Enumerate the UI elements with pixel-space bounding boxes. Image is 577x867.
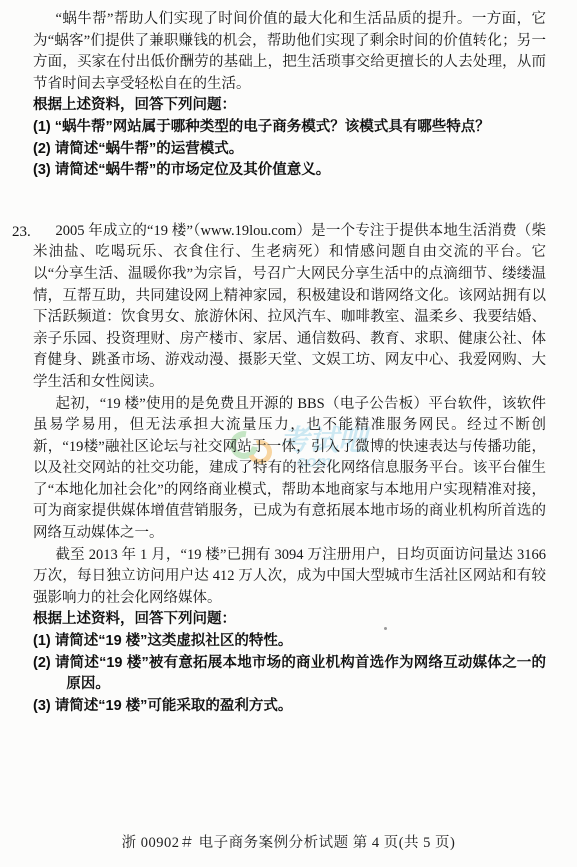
question-number: 23. [12, 222, 31, 244]
question-item-2: (2) 请简述“19 楼”被有意拓展本地市场的商业机构首选作为网络互动媒体之一的… [33, 653, 546, 696]
case-block-snail-help: “蜗牛帮”帮助人们实现了时间价值的最大化和生活品质的提升。一方面，它为“蜗客”们… [33, 9, 546, 182]
page-content: “蜗牛帮”帮助人们实现了时间价值的最大化和生活品质的提升。一方面，它为“蜗客”们… [33, 9, 546, 717]
question-item-2: (2) 请简述“蜗牛帮”的运营模式。 [33, 139, 546, 161]
exam-paper-page: 考试吧 .com “蜗牛帮”帮助人们实现了时间价值的最大化和生活品质的提升。一方… [0, 0, 577, 867]
page-footer: 浙 00902＃ 电子商务案例分析试题 第 4 页(共 5 页) [0, 831, 577, 852]
question-item-1: (1) 请简述“19 楼”这类虚拟社区的特性。 [33, 631, 546, 653]
answer-prompt: 根据上述资料，回答下列问题： [33, 95, 546, 117]
question-item-1: (1) “蜗牛帮”网站属于哪种类型的电子商务模式？该模式具有哪些特点？ [33, 117, 546, 139]
question-item-3: (3) 请简述“蜗牛帮”的市场定位及其价值意义。 [33, 160, 546, 182]
answer-prompt: 根据上述资料，回答下列问题： [33, 609, 546, 631]
question-item-3: (3) 请简述“19 楼”可能采取的盈利方式。 [33, 696, 546, 718]
case-paragraph: 截至 2013 年 1 月，“19 楼”已拥有 3094 万注册用户，日均页面访… [33, 545, 546, 610]
case-paragraph: 起初，“19 楼”使用的是免费且开源的 BBS（电子公告板）平台软件，该软件虽易… [33, 394, 546, 545]
case-paragraph: “蜗牛帮”帮助人们实现了时间价值的最大化和生活品质的提升。一方面，它为“蜗客”们… [33, 9, 546, 95]
case-paragraph: 2005 年成立的“19 楼”（www.19lou.com）是一个专注于提供本地… [33, 221, 546, 394]
case-block-19lou: 23. 2005 年成立的“19 楼”（www.19lou.com）是一个专注于… [33, 221, 546, 718]
